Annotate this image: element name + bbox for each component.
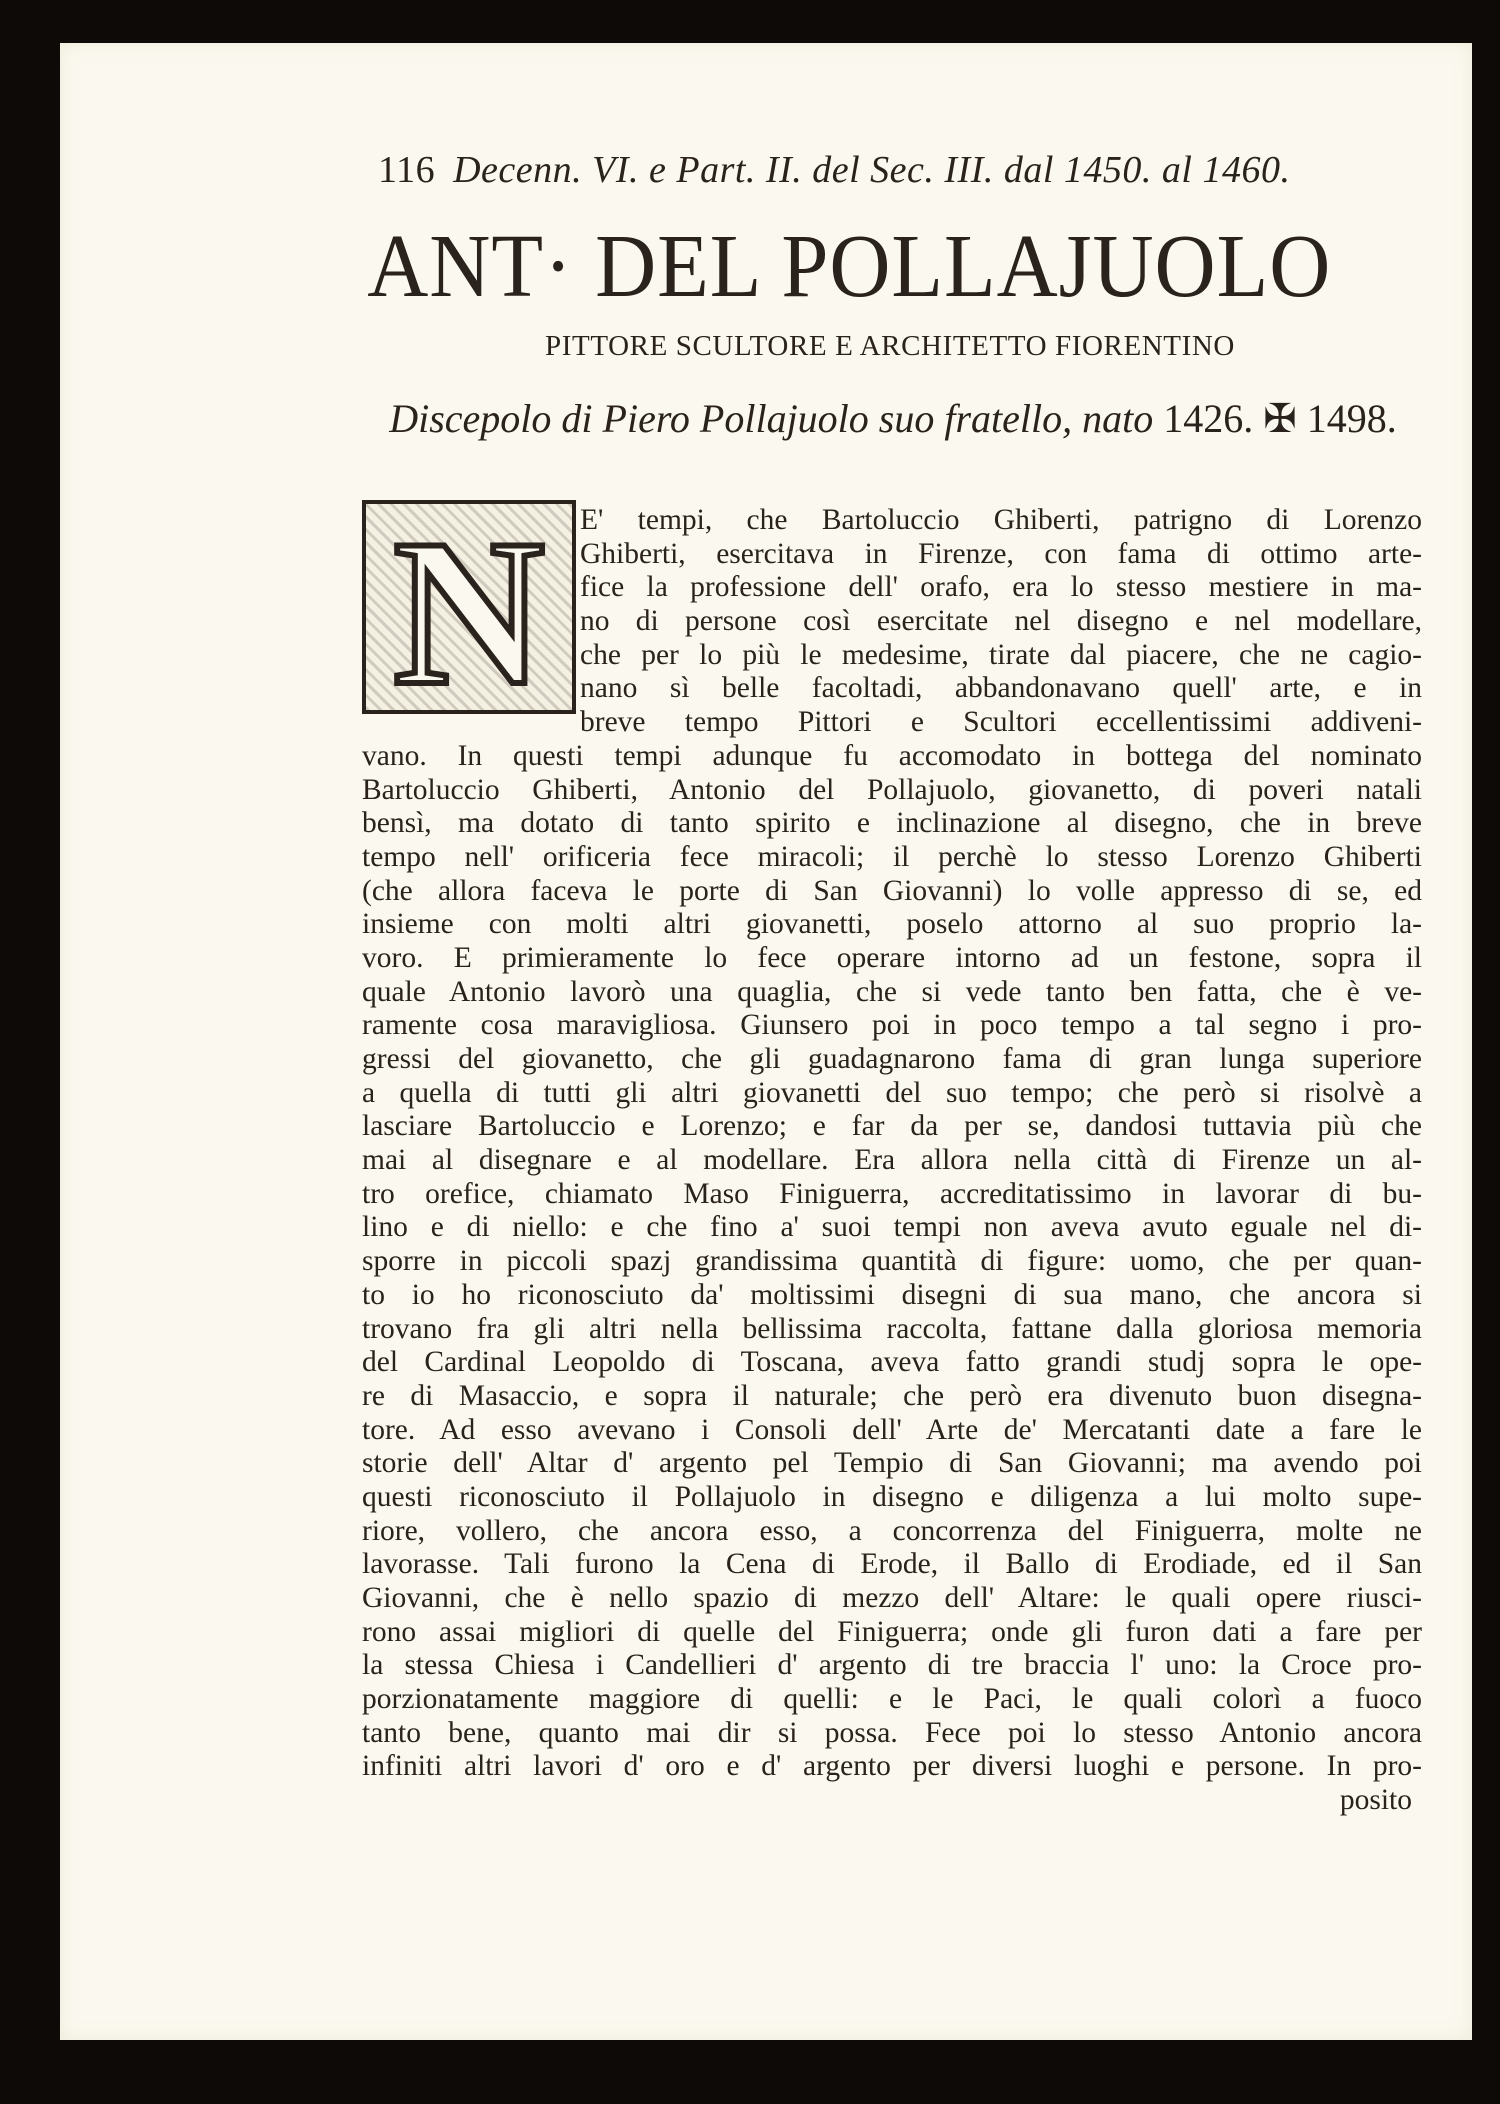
text-line: storie dell' Altar d' argento pel Tempio… bbox=[362, 1447, 1422, 1481]
text-line: Giovanni, che è nello spazio di mezzo de… bbox=[362, 1582, 1422, 1616]
text-line: Ghiberti, esercitava in Firenze, con fam… bbox=[580, 538, 1422, 572]
text-line: fice la professione dell' orafo, era lo … bbox=[580, 571, 1422, 605]
text-line: tro orefice, chiamato Maso Finiguerra, a… bbox=[362, 1178, 1422, 1212]
text-line: re di Masaccio, e sopra il naturale; che… bbox=[362, 1380, 1422, 1414]
text-line: a quella di tutti gli altri giovanetti d… bbox=[362, 1077, 1422, 1111]
text-line: nano sì belle facoltadi, abbandonavano q… bbox=[580, 672, 1422, 706]
text-line: sporre in piccoli spazj grandissima quan… bbox=[362, 1245, 1422, 1279]
text-line: gressi del giovanetto, che gli guadagnar… bbox=[362, 1043, 1422, 1077]
text-line: infiniti altri lavori d' oro e d' argent… bbox=[362, 1750, 1422, 1784]
text-line: Bartoluccio Ghiberti, Antonio del Pollaj… bbox=[362, 774, 1422, 808]
body-text: E' tempi, che Bartoluccio Ghiberti, patr… bbox=[362, 500, 1422, 1818]
text-line: tanto bene, quanto mai dir si possa. Fec… bbox=[362, 1717, 1422, 1751]
running-head: 116Decenn. VI. e Part. II. del Sec. III.… bbox=[378, 148, 1418, 192]
text-line: mai al disegnare e al modellare. Era all… bbox=[362, 1144, 1422, 1178]
text-line: voro. E primieramente lo fece operare in… bbox=[362, 942, 1422, 976]
birth-year: 1426. bbox=[1163, 396, 1253, 441]
text-line: vano. In questi tempi adunque fu accomod… bbox=[362, 740, 1422, 774]
text-line: rono assai migliori di quelle del Finigu… bbox=[362, 1616, 1422, 1650]
text-line: no di persone così esercitate nel disegn… bbox=[580, 605, 1422, 639]
death-year: 1498. bbox=[1307, 396, 1397, 441]
text-line: insieme con molti altri giovanetti, pose… bbox=[362, 908, 1422, 942]
text-line: tore. Ad esso avevano i Consoli dell' Ar… bbox=[362, 1414, 1422, 1448]
text-line: ramente cosa maravigliosa. Giunsero poi … bbox=[362, 1009, 1422, 1043]
text-line: to io ho riconosciuto da' moltissimi dis… bbox=[362, 1279, 1422, 1313]
text-line: la stessa Chiesa i Candellieri d' argent… bbox=[362, 1649, 1422, 1683]
biographical-note: Discepolo di Piero Pollajuolo suo fratel… bbox=[368, 395, 1418, 442]
text-line: breve tempo Pittori e Scultori eccellent… bbox=[580, 706, 1422, 740]
discepolo-text: Discepolo di Piero Pollajuolo suo fratel… bbox=[389, 396, 1153, 441]
text-line: lavorasse. Tali furono la Cena di Erode,… bbox=[362, 1548, 1422, 1582]
text-line: riore, vollero, che ancora esso, a conco… bbox=[362, 1515, 1422, 1549]
text-line: quale Antonio lavorò una quaglia, che si… bbox=[362, 976, 1422, 1010]
text-line: tempo nell' orificeria fece miracoli; il… bbox=[362, 841, 1422, 875]
page-number: 116 bbox=[378, 149, 435, 191]
chapter-subtitle: PITTORE SCULTORE E ARCHITETTO FIORENTINO bbox=[360, 330, 1420, 363]
text-line: lasciare Bartoluccio e Lorenzo; e far da… bbox=[362, 1110, 1422, 1144]
text-line: (che allora faceva le porte di San Giova… bbox=[362, 875, 1422, 909]
catchword: posito bbox=[362, 1784, 1422, 1818]
text-line: lino e di niello: e che fino a' suoi tem… bbox=[362, 1211, 1422, 1245]
text-line: porzionatamente maggiore di quelli: e le… bbox=[362, 1683, 1422, 1717]
text-line: bensì, ma dotato di tanto spirito e incl… bbox=[362, 807, 1422, 841]
text-line: del Cardinal Leopoldo di Toscana, aveva … bbox=[362, 1346, 1422, 1380]
text-line: che per lo più le medesime, tirate dal p… bbox=[580, 639, 1422, 673]
text-line: questi riconosciuto il Pollajuolo in dis… bbox=[362, 1481, 1422, 1515]
text-line: E' tempi, che Bartoluccio Ghiberti, patr… bbox=[580, 504, 1422, 538]
death-cross-icon: ✠ bbox=[1263, 396, 1297, 441]
chapter-title: ANT· DEL POLLAJUOLO bbox=[344, 222, 1355, 312]
running-head-text: Decenn. VI. e Part. II. del Sec. III. da… bbox=[453, 149, 1290, 191]
text-line: trovano fra gli altri nella bellissima r… bbox=[362, 1313, 1422, 1347]
